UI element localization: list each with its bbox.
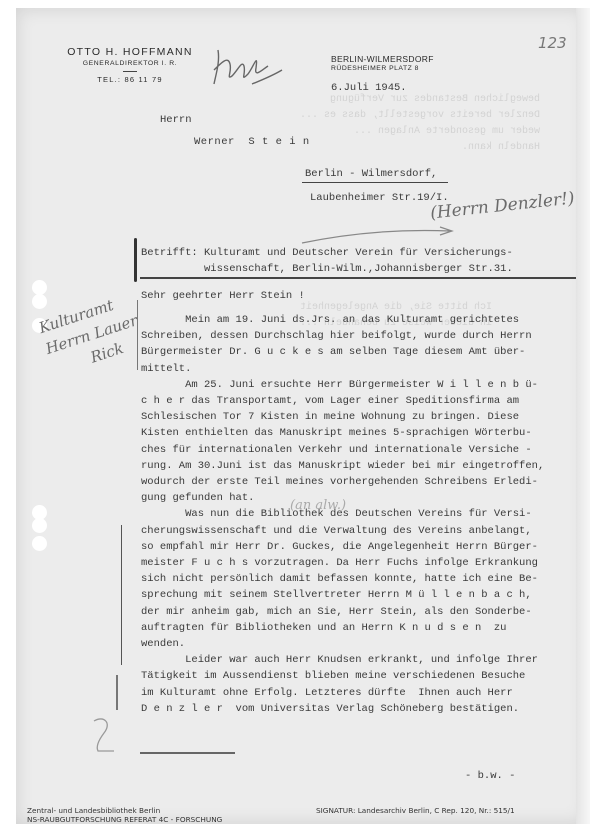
- bleed-through-text: beweglichen Bestandes zur Verfügung Denz…: [300, 92, 540, 156]
- body-line: so empfahl mir Herr Dr. Guckes, die Ange…: [141, 541, 538, 553]
- margin-mark: [134, 238, 137, 282]
- margin-vertical-line: [116, 675, 118, 710]
- body-line: wodurch der erste Teil meines vorhergehe…: [141, 476, 538, 488]
- punch-hole: [32, 280, 47, 295]
- pencil-mark-icon: [90, 715, 120, 755]
- body-line: D e n z l e r vom Universitas Verlag Sch…: [141, 703, 519, 715]
- letter-body: Mein am 19. Juni ds.Jrs. an das Kulturam…: [141, 312, 544, 717]
- salutation: Sehr geehrter Herr Stein !: [141, 288, 305, 304]
- body-line: Leider war auch Herr Knudsen erkrankt, u…: [141, 654, 538, 666]
- body-line: mittelt.: [141, 363, 191, 375]
- pencil-arrow-icon: [300, 225, 460, 245]
- continuation-mark: - b.w. -: [465, 768, 515, 784]
- body-line: Tätigkeit im Aussendienst blieben meine …: [141, 670, 525, 682]
- recipient-city: Berlin - Wilmersdorf,: [305, 166, 437, 182]
- body-line: Mein am 19. Juni ds.Jrs. an das Kulturam…: [141, 314, 519, 326]
- subject-underline: [140, 277, 576, 279]
- recipient-title: Herrn: [160, 112, 192, 128]
- footer-signature-reference: SIGNATUR: Landesarchiv Berlin, C Rep. 12…: [316, 806, 515, 815]
- body-line: Schreiben, dessen Durchschlag hier beifo…: [141, 330, 532, 342]
- sender-city: BERLIN-WILMERSDORF: [331, 54, 434, 64]
- recipient-street: Laubenheimer Str.19/I.: [310, 190, 449, 206]
- body-line: cherungswissenschaft und die Verwaltung …: [141, 525, 532, 537]
- punch-hole: [32, 518, 47, 533]
- body-line: auftragten für Bibliotheken und an Herrn…: [141, 622, 506, 634]
- letterhead-divider: [123, 71, 137, 72]
- page-edge: [576, 8, 590, 824]
- body-line: wenden.: [141, 638, 185, 650]
- body-line: Kisten enthielten das Manuskript meines …: [141, 427, 532, 439]
- body-line: der mir anheim gab, mich an Sie, Herr St…: [141, 606, 532, 618]
- margin-vertical-line: [121, 525, 122, 665]
- archive-page-number: 123: [538, 34, 567, 52]
- footer-institution-name: Zentral- und Landesbibliothek Berlin: [27, 806, 222, 815]
- sender-title: GENERALDIREKTOR I. R.: [60, 60, 200, 67]
- body-line: ches für internationalen Verkehr und int…: [141, 444, 532, 456]
- handwritten-note-mid: (an alw.): [290, 498, 346, 513]
- letterhead-address: BERLIN-WILMERSDORF RÜDESHEIMER PLATZ 8: [331, 54, 434, 72]
- letterhead-sender: OTTO H. HOFFMANN GENERALDIREKTOR I. R. T…: [60, 46, 200, 84]
- punch-hole: [32, 294, 47, 309]
- body-line: sprechung mit seinem Stellvertreter Herr…: [141, 589, 532, 601]
- recipient-name: Werner S t e i n: [194, 134, 310, 150]
- handwritten-signature-icon: [208, 40, 288, 90]
- body-line: Schlesischen Tor 7 Kisten in meine Wohnu…: [141, 411, 519, 423]
- punch-hole: [32, 536, 47, 551]
- body-line: rung. Am 30.Juni ist das Manuskript wied…: [141, 460, 544, 472]
- body-line: Bürgermeister Dr. G u c k e s am selben …: [141, 346, 525, 358]
- pencil-underline: [140, 752, 235, 754]
- body-line: c h e r das Transportamt, vom Lager eine…: [141, 395, 519, 407]
- footer-institution: Zentral- und Landesbibliothek Berlin NS-…: [27, 806, 222, 824]
- subject-line-2: wissenschaft, Berlin-Wilm.,Johannisberge…: [141, 263, 513, 275]
- body-line: im Kulturamt ohne Erfolg. Letzteres dürf…: [141, 687, 513, 699]
- body-line: Am 25. Juni ersuchte Herr Bürgermeister …: [141, 379, 538, 391]
- sender-name: OTTO H. HOFFMANN: [60, 46, 200, 58]
- sender-telephone: TEL.: 86 11 79: [60, 75, 200, 84]
- subject-line: Betrifft: Kulturamt und Deutscher Verein…: [141, 245, 513, 277]
- city-underline: [302, 182, 448, 183]
- body-line: sich nicht persönlich damit befassen kon…: [141, 573, 538, 585]
- body-line: gung gefunden hat.: [141, 492, 254, 504]
- subject-line-1: Betrifft: Kulturamt und Deutscher Verein…: [141, 247, 513, 259]
- footer-department: NS-RAUBGUTFORSCHUNG REFERAT 4C - FORSCHU…: [27, 815, 222, 824]
- body-line: meister F u c h s vorzutragen. Da Herr F…: [141, 557, 538, 569]
- sender-street: RÜDESHEIMER PLATZ 8: [331, 65, 434, 72]
- letter-date: 6.Juli 1945.: [331, 80, 407, 96]
